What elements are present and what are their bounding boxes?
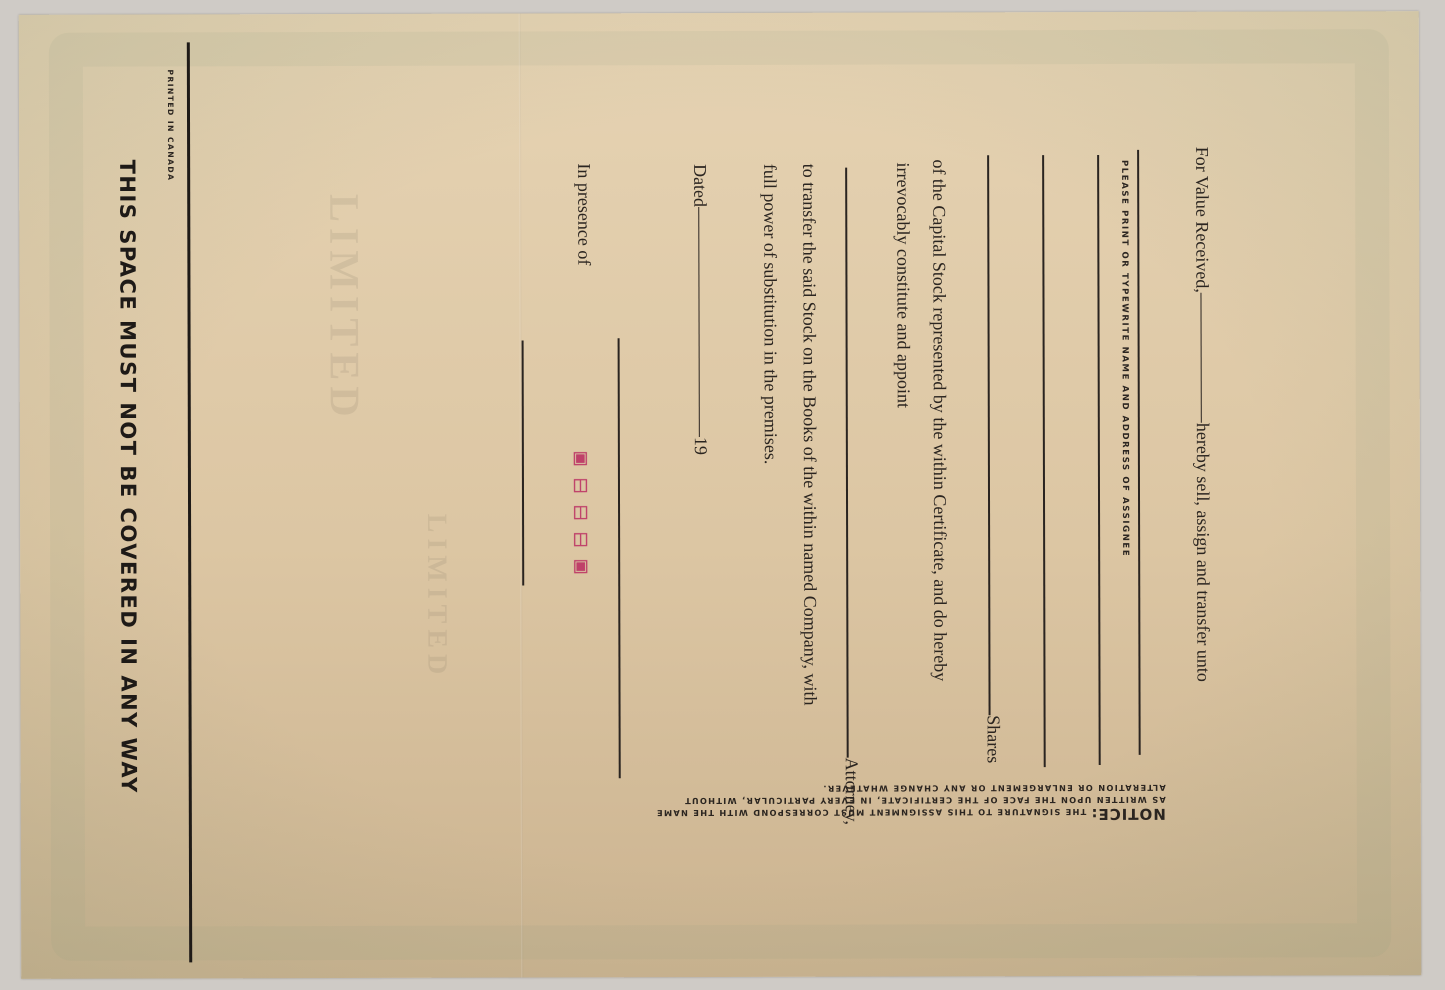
printed-in-canada-label: PRINTED IN CANADA bbox=[166, 69, 175, 181]
assignor-signature-line[interactable] bbox=[618, 338, 621, 778]
date-blank[interactable] bbox=[698, 207, 700, 437]
assignee-address-line-1[interactable] bbox=[1097, 155, 1100, 765]
irrevocably-text: irrevocably constitute and appoint bbox=[892, 162, 914, 407]
for-value-received-label: For Value Received, bbox=[1192, 147, 1212, 293]
capital-stock-text: of the Capital Stock represented by the … bbox=[928, 159, 950, 681]
certificate-paper: LIMITED LIMITED For Value Received,hereb… bbox=[19, 11, 1422, 979]
for-value-received-line: For Value Received,hereby sell, assign a… bbox=[1191, 147, 1213, 682]
showthrough-text: LIMITED bbox=[319, 194, 368, 423]
assignee-address-line-2[interactable] bbox=[1042, 155, 1045, 767]
attorney-name-line[interactable] bbox=[845, 168, 848, 758]
shares-count-line[interactable] bbox=[987, 155, 990, 715]
power-of-substitution-text: full power of substitution in the premis… bbox=[759, 164, 781, 465]
margin-divider-line bbox=[187, 42, 192, 962]
transfer-text: to transfer the said Stock on the Books … bbox=[798, 164, 820, 706]
year-prefix: 19 bbox=[691, 437, 711, 455]
witness-signature-line[interactable] bbox=[522, 341, 524, 586]
assignee-name-line[interactable] bbox=[1137, 150, 1140, 755]
perforated-cancel-stamp-icon: ▣◫◫◫▣ bbox=[568, 445, 593, 580]
notice-heading: NOTICE: bbox=[1090, 805, 1165, 823]
shares-label: Shares bbox=[983, 715, 1004, 763]
dated-line: Dated19 bbox=[689, 164, 711, 455]
dated-label: Dated bbox=[690, 164, 710, 207]
sell-assign-transfer-label: hereby sell, assign and transfer unto bbox=[1193, 423, 1214, 682]
decorative-border bbox=[49, 29, 1391, 961]
assignor-blank[interactable] bbox=[1200, 293, 1201, 423]
assignee-hint: PLEASE PRINT OR TYPEWRITE NAME AND ADDRE… bbox=[1119, 160, 1130, 557]
notice-block: NOTICE: THE SIGNATURE TO THIS ASSIGNMENT… bbox=[641, 782, 1166, 821]
in-presence-of-label: In presence of bbox=[573, 163, 594, 265]
showthrough-text: LIMITED bbox=[420, 514, 452, 681]
margin-warning-text: THIS SPACE MUST NOT BE COVERED IN ANY WA… bbox=[115, 160, 141, 794]
notice-text: NOTICE: THE SIGNATURE TO THIS ASSIGNMENT… bbox=[641, 782, 1166, 821]
